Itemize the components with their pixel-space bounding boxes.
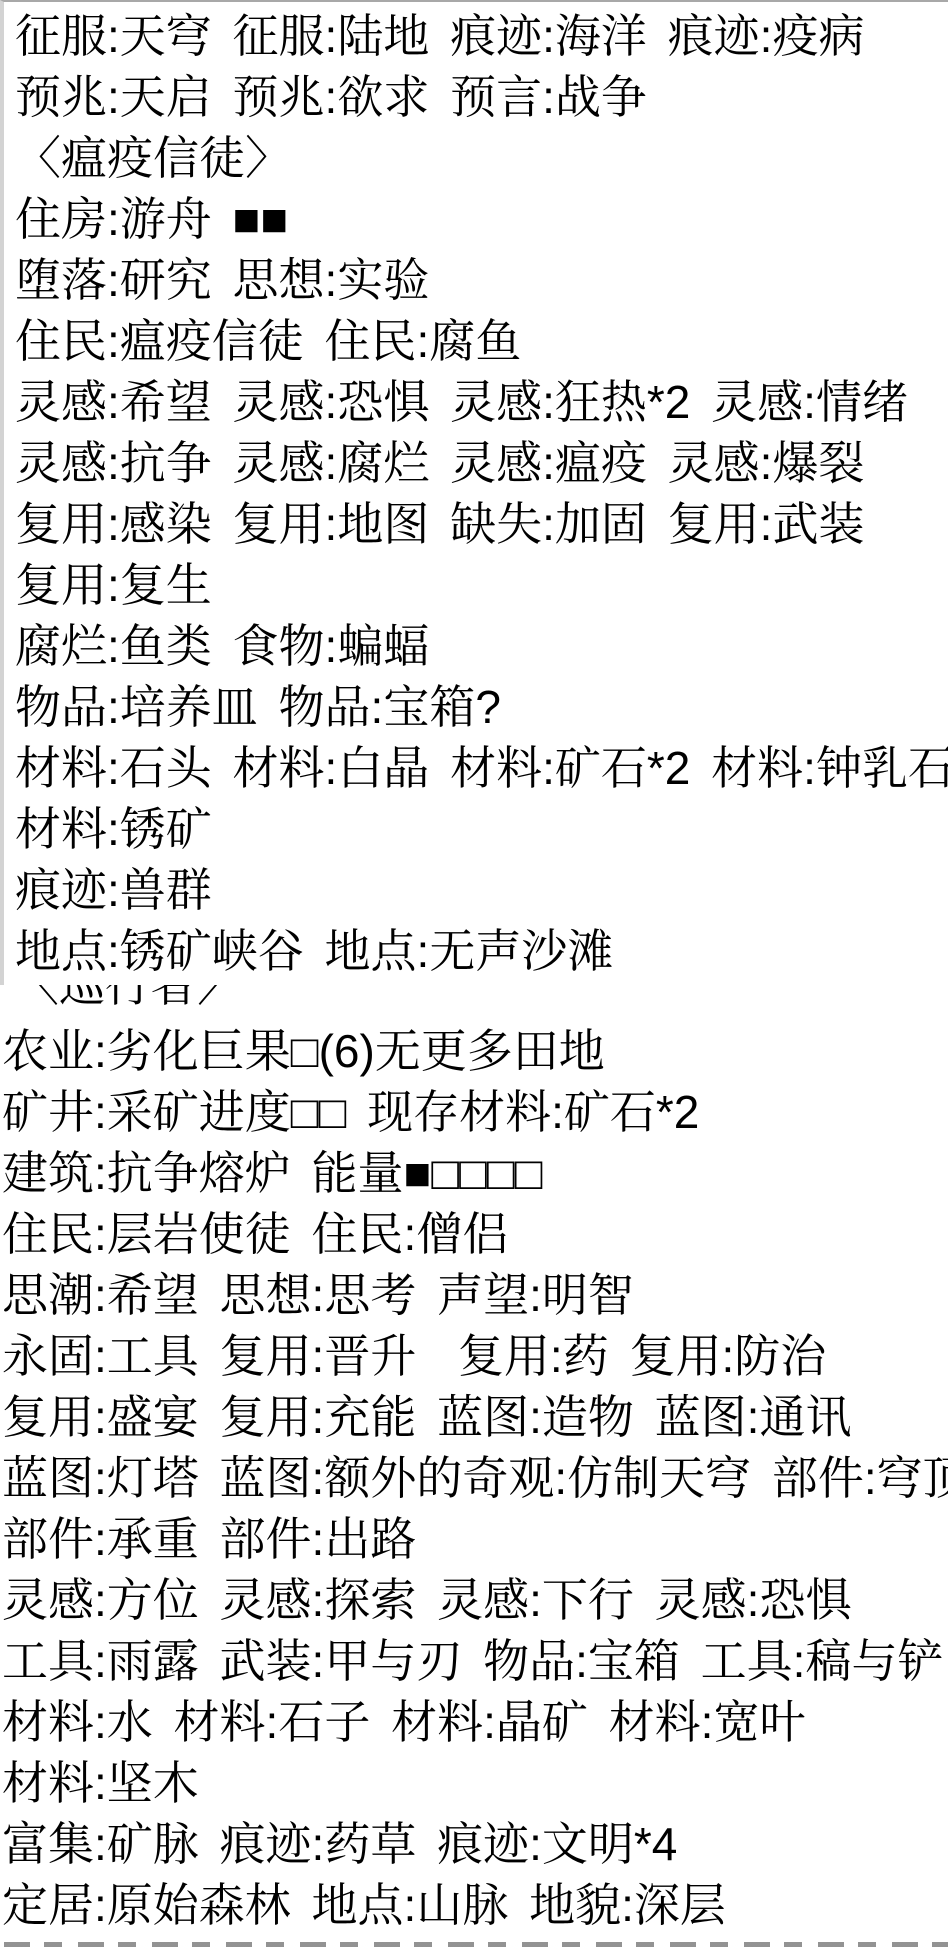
text-line: 农业:劣化巨果□(6)无更多田地 [2, 1021, 948, 1082]
text-line: 住民:瘟疫信徒 住民:腐鱼 [15, 311, 948, 372]
text-line: 工具:雨露 武装:甲与刃 物品:宝箱 工具:稿与铲 [2, 1631, 948, 1692]
text-line: 灵感:希望 灵感:恐惧 灵感:狂热*2 灵感:情绪 [15, 372, 948, 433]
clipped-next-line-sliver [4, 1942, 948, 1947]
text-line: 〈瘟疫信徒〉 [15, 128, 948, 189]
text-line: 复用:盛宴 复用:充能 蓝图:造物 蓝图:通讯 [2, 1387, 948, 1448]
text-line: 材料:坚木 [2, 1753, 948, 1814]
text-line: 地点:锈矿峡谷 地点:无声沙滩 [15, 921, 948, 982]
text-line: 建筑:抗争熔炉 能量■□□□□ [2, 1143, 948, 1204]
text-line: 部件:承重 部件:出路 [2, 1509, 948, 1570]
text-line: 复用:复生 [15, 555, 948, 616]
text-line: 材料:水 材料:石子 材料:晶矿 材料:宽叶 [2, 1692, 948, 1753]
text-line: 腐烂:鱼类 食物:蝙蝠 [15, 616, 948, 677]
text-line: 征服:天穹 征服:陆地 痕迹:海洋 痕迹:疫病 [15, 6, 948, 67]
text-line: 复用:感染 复用:地图 缺失:加固 复用:武装 [15, 494, 948, 555]
text-line: 灵感:抗争 灵感:腐烂 灵感:瘟疫 灵感:爆裂 [15, 433, 948, 494]
stitch-seam-clipped-line: 〈巡行者〉 [0, 985, 948, 1013]
clipped-text-line: 〈巡行者〉 [13, 985, 948, 1013]
stitched-text-screenshot: { "page": { "background": "#ffffff", "te… [0, 0, 948, 1947]
text-line: 材料:石头 材料:白晶 材料:矿石*2 材料:钟乳石 [15, 738, 948, 799]
text-line: 定居:原始森林 地点:山脉 地貌:深层 [2, 1875, 948, 1936]
text-line: 物品:培养皿 物品:宝箱? [15, 677, 948, 738]
text-line: 永固:工具 复用:晋升 复用:药 复用:防治 [2, 1326, 948, 1387]
text-line: 富集:矿脉 痕迹:药草 痕迹:文明*4 [2, 1814, 948, 1875]
text-line: 思潮:希望 思想:思考 声望:明智 [2, 1265, 948, 1326]
text-line: 材料:锈矿 [15, 799, 948, 860]
text-line: 预兆:天启 预兆:欲求 预言:战争 [15, 67, 948, 128]
notes-section-top: 征服:天穹 征服:陆地 痕迹:海洋 痕迹:疫病 预兆:天启 预兆:欲求 预言:战… [0, 0, 948, 985]
notes-section-bottom: 农业:劣化巨果□(6)无更多田地 矿井:采矿进度□□ 现存材料:矿石*2 建筑:… [0, 1013, 948, 1936]
text-line: 蓝图:灯塔 蓝图:额外的奇观:仿制天穹 部件:穹顶 [2, 1448, 948, 1509]
text-line: 住房:游舟 ■■ [15, 189, 948, 250]
text-line: 矿井:采矿进度□□ 现存材料:矿石*2 [2, 1082, 948, 1143]
text-line: 堕落:研究 思想:实验 [15, 250, 948, 311]
text-line: 痕迹:兽群 [15, 860, 948, 921]
text-line: 灵感:方位 灵感:探索 灵感:下行 灵感:恐惧 [2, 1570, 948, 1631]
text-line: 住民:层岩使徒 住民:僧侣 [2, 1204, 948, 1265]
